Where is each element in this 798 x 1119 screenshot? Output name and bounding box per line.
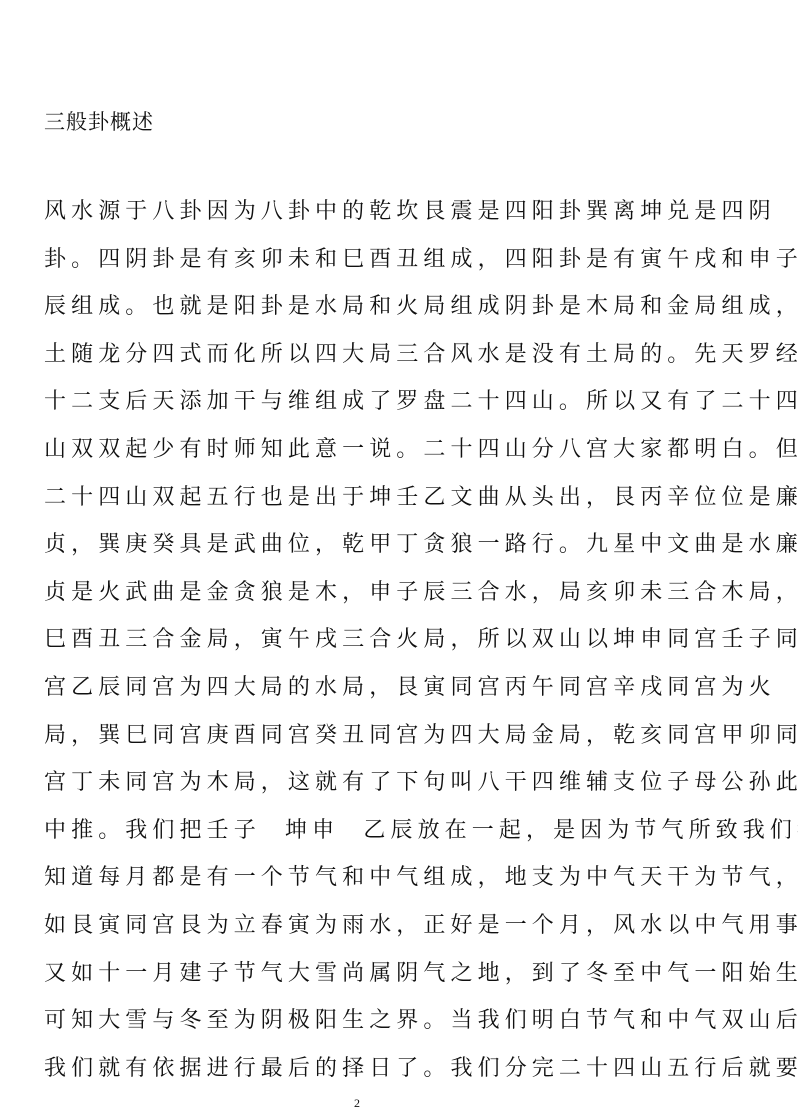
- text-line: 辰组成。也就是阳卦是水局和火局组成阴卦是木局和金局组成，: [44, 291, 764, 339]
- text-line: 山双双起少有时师知此意一说。二十四山分八宫大家都明白。但: [44, 434, 764, 482]
- text-line: 局，巽巳同宫庚酉同宫癸丑同宫为四大局金局，乾亥同宫甲卯同: [44, 720, 764, 768]
- text-line: 宫乙辰同宫为四大局的水局，艮寅同宫丙午同宫辛戌同宫为火: [44, 672, 764, 720]
- page-number: 2: [0, 1096, 714, 1110]
- text-line: 知道每月都是有一个节气和中气组成，地支为中气天干为节气，: [44, 862, 764, 910]
- text-line: 卦。四阴卦是有亥卯未和巳酉丑组成，四阳卦是有寅午戌和申子: [44, 244, 764, 292]
- text-line: 风水源于八卦因为八卦中的乾坎艮震是四阳卦巽离坤兑是四阴: [44, 196, 764, 244]
- text-line: 如艮寅同宫艮为立春寅为雨水，正好是一个月，风水以中气用事，: [44, 910, 764, 958]
- text-line: 贞是火武曲是金贪狼是木，申子辰三合水，局亥卯未三合木局，: [44, 577, 764, 625]
- text-line: 贞，巽庚癸具是武曲位，乾甲丁贪狼一路行。九星中文曲是水廉: [44, 529, 764, 577]
- text-line: 二十四山双起五行也是出于坤壬乙文曲从头出，艮丙辛位位是廉: [44, 482, 764, 530]
- text-line: 又如十一月建子节气大雪尚属阴气之地，到了冬至中气一阳始生: [44, 958, 764, 1006]
- body-paragraph: 风水源于八卦因为八卦中的乾坎艮震是四阳卦巽离坤兑是四阴 卦。四阴卦是有亥卯未和巳…: [44, 196, 764, 1100]
- text-line: 土随龙分四式而化所以四大局三合风水是没有土局的。先天罗经: [44, 339, 764, 387]
- text-line: 宫丁未同宫为木局，这就有了下句叫八干四维辅支位子母公孙此: [44, 767, 764, 815]
- document-page: 三般卦概述 风水源于八卦因为八卦中的乾坎艮震是四阳卦巽离坤兑是四阴 卦。四阴卦是…: [0, 0, 798, 1119]
- section-heading: 三般卦概述: [44, 106, 154, 138]
- text-line: 中推。我们把壬子 坤申 乙辰放在一起，是因为节气所致我们都: [44, 815, 764, 863]
- text-line: 我们就有依据进行最后的择日了。我们分完二十四山五行后就要: [44, 1053, 764, 1101]
- text-line: 巳酉丑三合金局，寅午戌三合火局，所以双山以坤申同宫壬子同: [44, 624, 764, 672]
- text-line: 十二支后天添加干与维组成了罗盘二十四山。所以又有了二十四: [44, 386, 764, 434]
- text-line: 可知大雪与冬至为阴极阳生之界。当我们明白节气和中气双山后: [44, 1005, 764, 1053]
